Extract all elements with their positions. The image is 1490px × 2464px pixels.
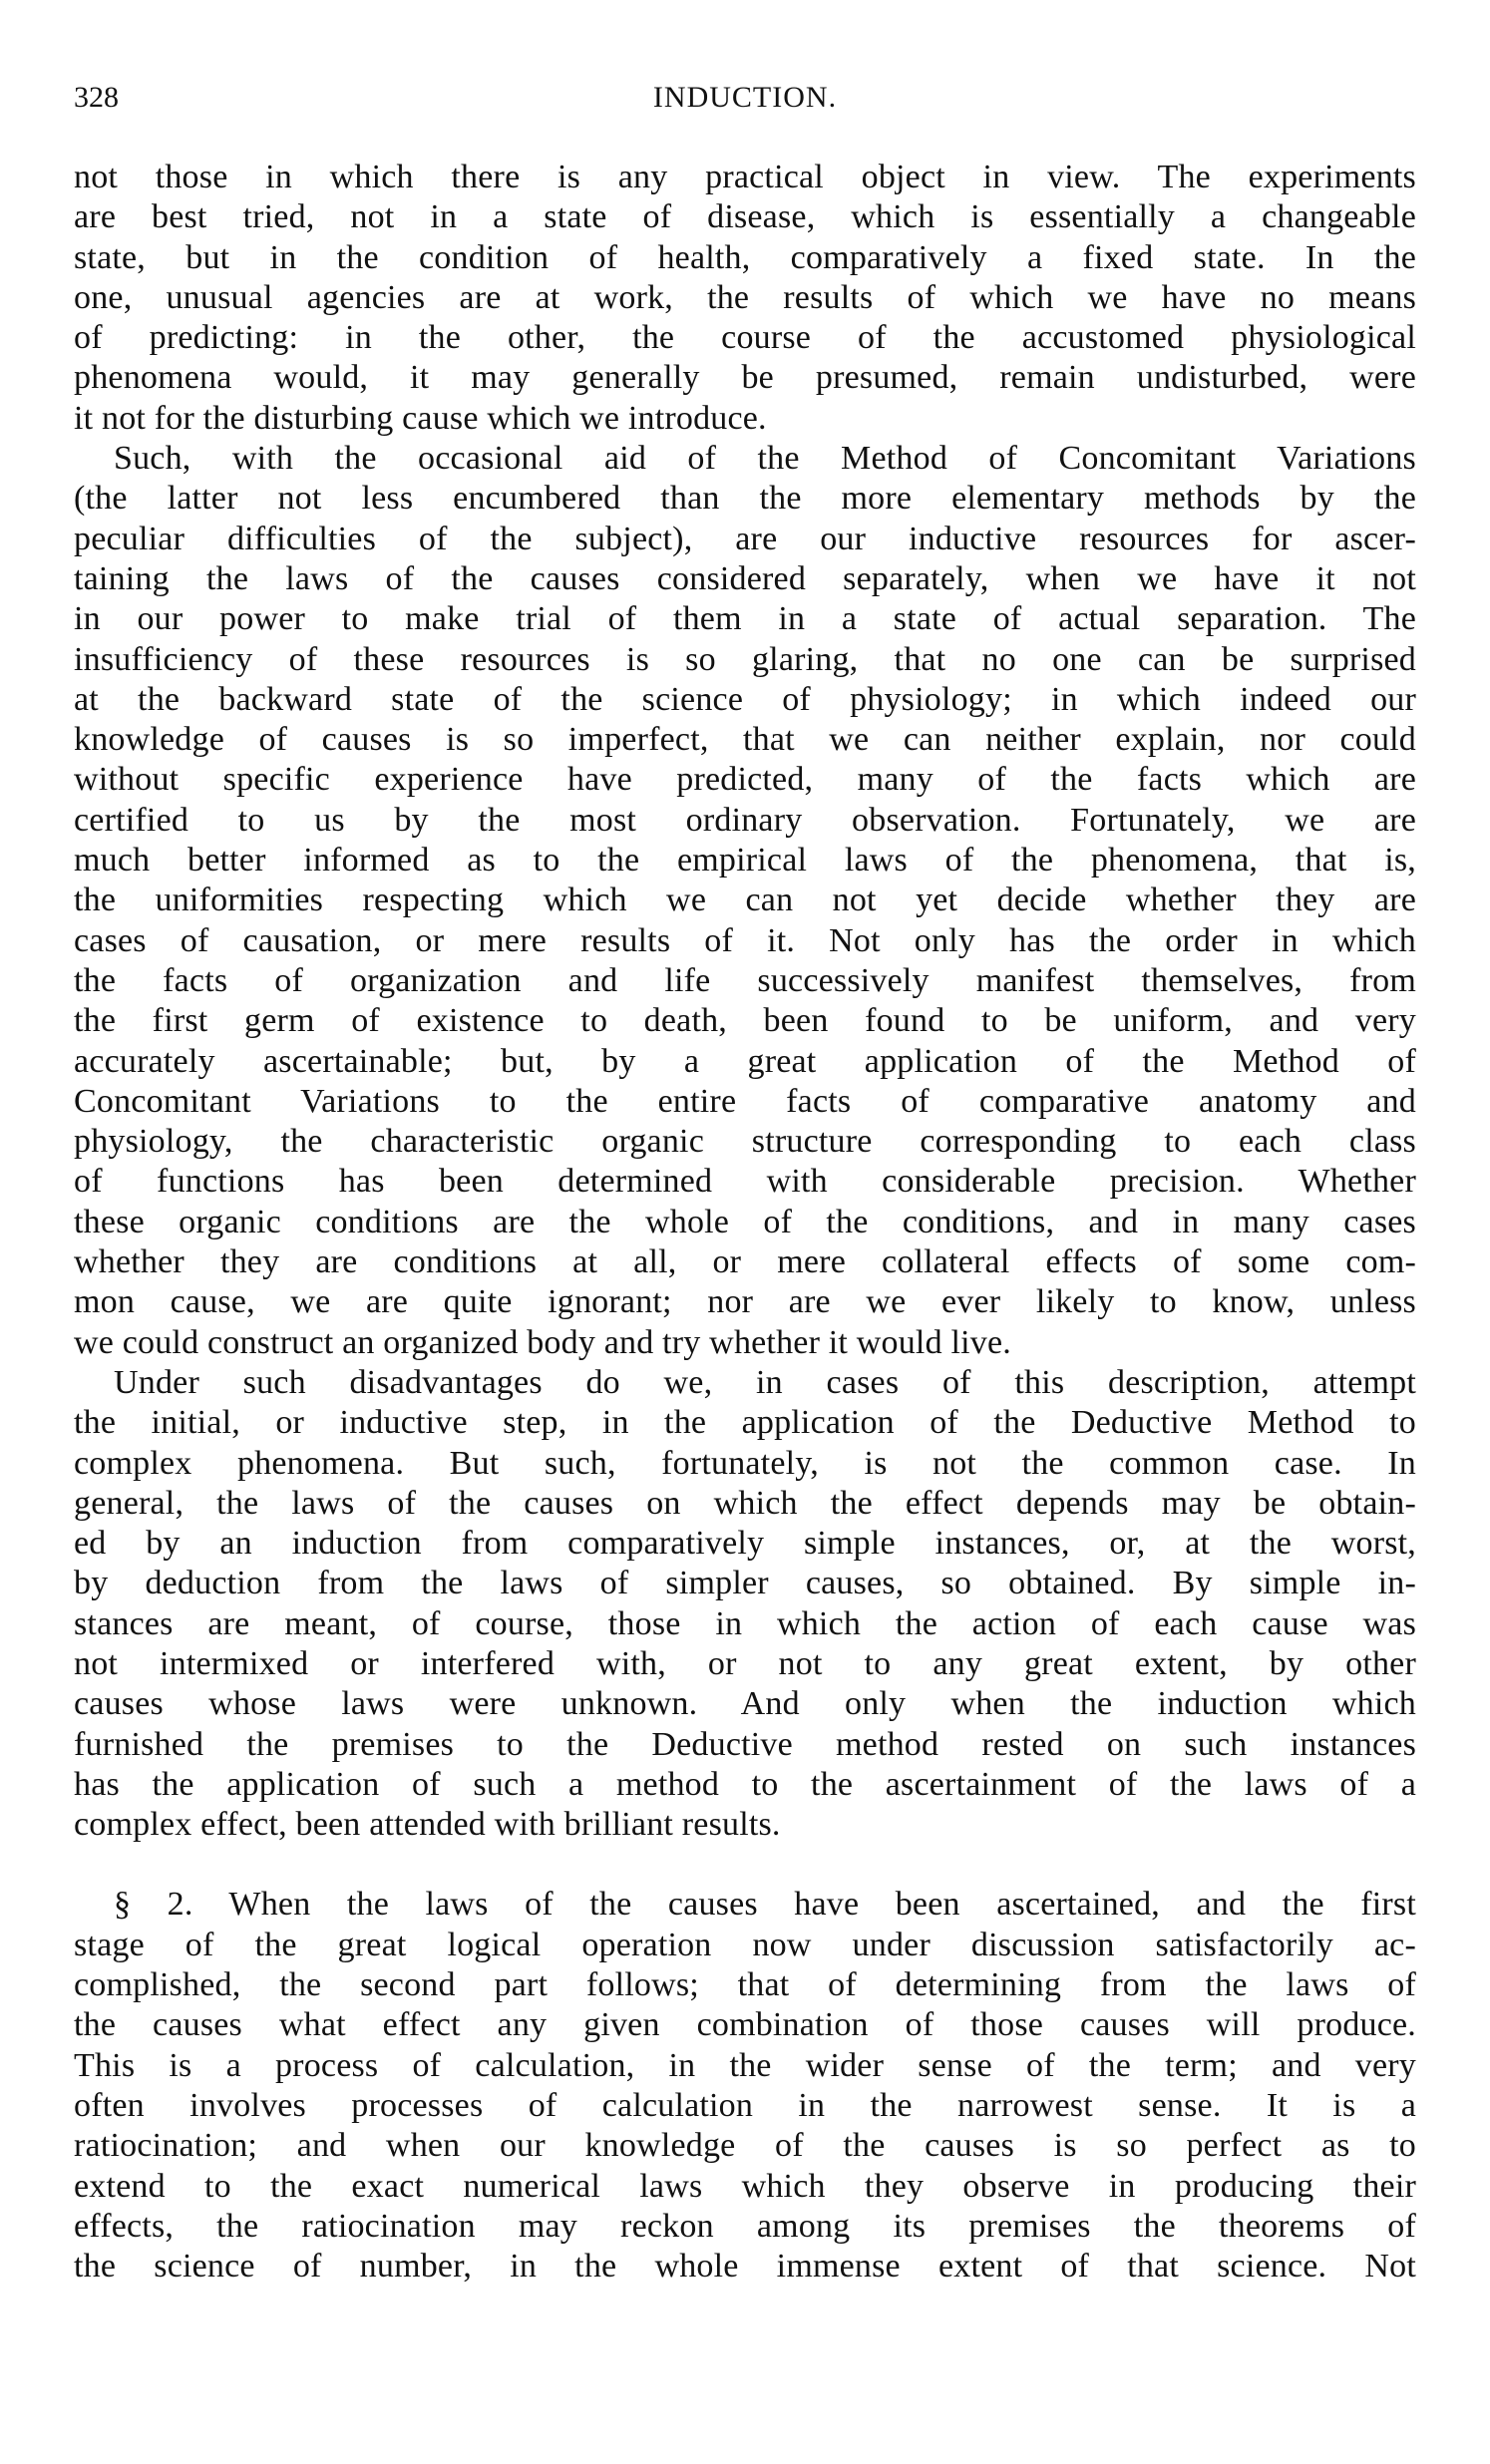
text-line: whether they are conditions at all, or m… — [74, 1242, 1416, 1282]
text-line: furnished the premises to the Deductive … — [74, 1725, 1416, 1765]
text-line: ratiocination; and when our knowledge of… — [74, 2126, 1416, 2166]
text-line: at the backward state of the science of … — [74, 680, 1416, 720]
text-line: one, unusual agencies are at work, the r… — [74, 278, 1416, 318]
paragraph-disadvantages: Under such disadvantages do we, in cases… — [74, 1363, 1416, 1846]
text-line: of functions has been determined with co… — [74, 1162, 1416, 1202]
book-page: 328 INDUCTION. not those in which there … — [0, 0, 1490, 2464]
text-line: taining the laws of the causes considere… — [74, 559, 1416, 599]
text-line: mon cause, we are quite ignorant; nor ar… — [74, 1282, 1416, 1322]
text-line: Such, with the occasional aid of the Met… — [74, 439, 1416, 479]
text-line: it not for the disturbing cause which we… — [74, 399, 1416, 439]
text-line: the first germ of existence to death, be… — [74, 1001, 1416, 1041]
text-line: insufficiency of these resources is so g… — [74, 640, 1416, 680]
text-line: complex effect, been attended with brill… — [74, 1805, 1416, 1845]
text-line: the causes what effect any given combina… — [74, 2005, 1416, 2045]
text-line: not intermixed or interfered with, or no… — [74, 1644, 1416, 1684]
text-line: are best tried, not in a state of diseas… — [74, 197, 1416, 237]
text-line: (the latter not less encumbered than the… — [74, 479, 1416, 519]
text-line: ed by an induction from comparatively si… — [74, 1524, 1416, 1564]
text-line: peculiar difficulties of the subject), a… — [74, 520, 1416, 559]
text-line: in our power to make trial of them in a … — [74, 599, 1416, 639]
running-title: INDUCTION. — [74, 78, 1416, 118]
text-line: phenomena would, it may generally be pre… — [74, 358, 1416, 398]
paragraph-continuation: not those in which there is any practica… — [74, 158, 1416, 439]
section-2-paragraph: § 2. When the laws of the causes have be… — [74, 1885, 1416, 2287]
text-line: stances are meant, of course, those in w… — [74, 1604, 1416, 1644]
text-line: the uniformities respecting which we can… — [74, 880, 1416, 920]
text-line: certified to us by the most ordinary obs… — [74, 801, 1416, 841]
text-line: has the application of such a method to … — [74, 1765, 1416, 1805]
section-gap — [74, 1845, 1416, 1885]
text-line: much better informed as to the empirical… — [74, 841, 1416, 880]
text-line: Under such disadvantages do we, in cases… — [74, 1363, 1416, 1403]
text-line: the science of number, in the whole imme… — [74, 2247, 1416, 2287]
text-line: often involves processes of calculation … — [74, 2086, 1416, 2126]
text-line: cases of causation, or mere results of i… — [74, 921, 1416, 961]
text-line: the initial, or inductive step, in the a… — [74, 1403, 1416, 1443]
text-line: accurately ascertainable; but, by a grea… — [74, 1042, 1416, 1082]
text-line: by deduction from the laws of simpler ca… — [74, 1564, 1416, 1603]
text-line: § 2. When the laws of the causes have be… — [74, 1885, 1416, 1925]
text-line: This is a process of calculation, in the… — [74, 2046, 1416, 2086]
text-line: general, the laws of the causes on which… — [74, 1484, 1416, 1524]
text-line: we could construct an organized body and… — [74, 1323, 1416, 1363]
text-line: effects, the ratiocination may reckon am… — [74, 2207, 1416, 2247]
text-line: these organic conditions are the whole o… — [74, 1203, 1416, 1242]
text-line: complex phenomena. But such, fortunately… — [74, 1444, 1416, 1484]
body-text: not those in which there is any practica… — [74, 158, 1416, 2287]
text-line: complished, the second part follows; tha… — [74, 1965, 1416, 2005]
text-line: without specific experience have predict… — [74, 760, 1416, 800]
text-line: knowledge of causes is so imperfect, tha… — [74, 720, 1416, 760]
text-line: Concomitant Variations to the entire fac… — [74, 1082, 1416, 1122]
text-line: not those in which there is any practica… — [74, 158, 1416, 197]
text-line: physiology, the characteristic organic s… — [74, 1122, 1416, 1162]
text-line: stage of the great logical operation now… — [74, 1926, 1416, 1965]
text-line: the facts of organization and life succe… — [74, 961, 1416, 1001]
text-line: state, but in the condition of health, c… — [74, 238, 1416, 278]
text-line: of predicting: in the other, the course … — [74, 318, 1416, 358]
running-head: 328 INDUCTION. — [74, 78, 1416, 118]
paragraph-concomitant-variations: Such, with the occasional aid of the Met… — [74, 439, 1416, 1363]
text-line: extend to the exact numerical laws which… — [74, 2167, 1416, 2207]
text-line: causes whose laws were unknown. And only… — [74, 1684, 1416, 1724]
